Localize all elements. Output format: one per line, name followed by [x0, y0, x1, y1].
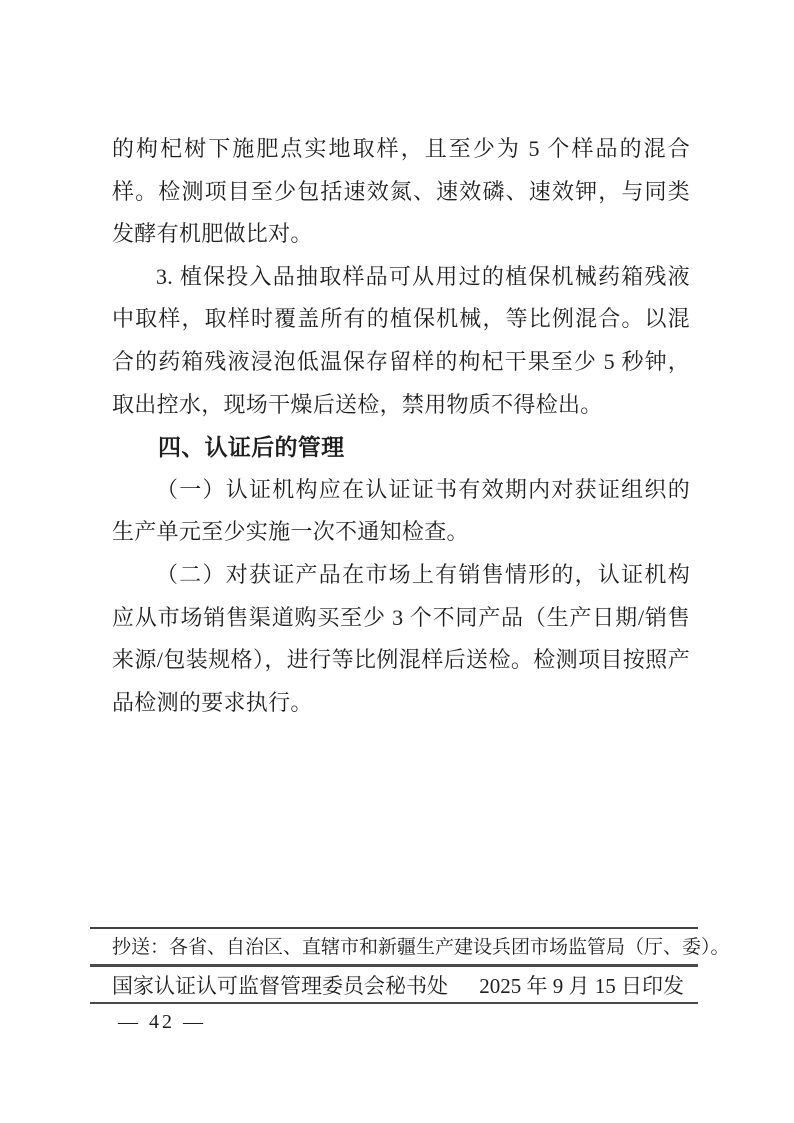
footer-middle-rule	[90, 964, 698, 967]
footer-bottom-rule	[90, 1002, 698, 1004]
cc-distribution-line: 抄送：各省、自治区、直辖市和新疆生产建设兵团市场监管局（厅、委）。	[112, 934, 700, 962]
document-page: { "body": { "blocks": [ { "type": "parag…	[0, 0, 794, 1123]
body-paragraph: （一）认证机构应在认证证书有效期内对获证组织的生产单元至少实施一次不通知检查。	[112, 469, 690, 554]
body-paragraph: 的枸杞树下施肥点实地取样，且至少为 5 个样品的混合样。检测项目至少包括速效氮、…	[112, 128, 690, 256]
section-heading: 四、认证后的管理	[112, 426, 690, 469]
footer-top-rule	[90, 927, 698, 929]
issuer-name: 国家认证认可监督管理委员会秘书处	[112, 972, 448, 1000]
print-date: 2025 年 9 月 15 日印发	[479, 972, 684, 1000]
issuer-row: 国家认证认可监督管理委员会秘书处 2025 年 9 月 15 日印发	[112, 972, 684, 1000]
page-number: — 42 —	[118, 1009, 206, 1035]
body-paragraph: （二）对获证产品在市场上有销售情形的，认证机构应从市场销售渠道购买至少 3 个不…	[112, 554, 690, 724]
body-paragraph: 3. 植保投入品抽取样品可从用过的植保机械药箱残液中取样，取样时覆盖所有的植保机…	[112, 256, 690, 426]
document-body: 的枸杞树下施肥点实地取样，且至少为 5 个样品的混合样。检测项目至少包括速效氮、…	[112, 128, 690, 724]
